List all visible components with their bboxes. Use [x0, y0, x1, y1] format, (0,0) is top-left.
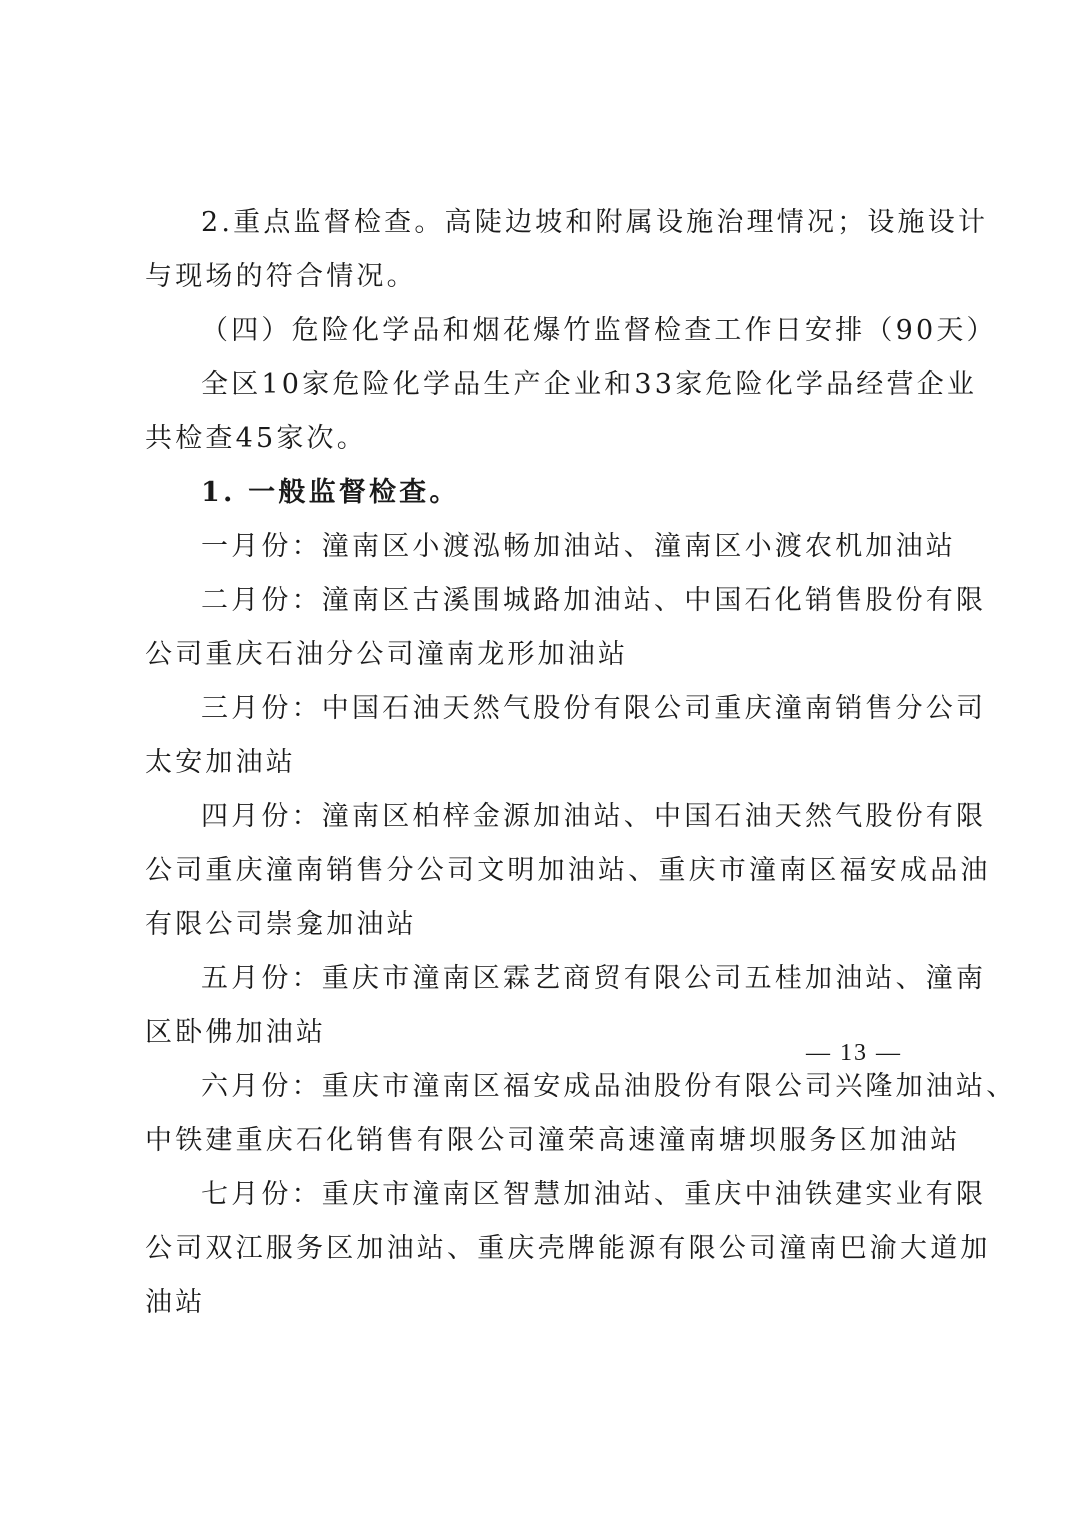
month-july: 七月份：重庆市潼南区智慧加油站、重庆中油铁建实业有限 — [145, 1168, 941, 1222]
month-june: 六月份：重庆市潼南区福安成品油股份有限公司兴隆加油站、 — [145, 1060, 941, 1114]
month-march: 三月份：中国石油天然气股份有限公司重庆潼南销售分公司 — [145, 682, 941, 736]
section-heading-hazardous-chemicals: （四）危险化学品和烟花爆竹监督检查工作日安排（90天） — [145, 304, 941, 358]
paragraph-line: 公司重庆潼南销售分公司文明加油站、重庆市潼南区福安成品油 — [145, 844, 941, 898]
month-may: 五月份：重庆市潼南区霖艺商贸有限公司五桂加油站、潼南 — [145, 952, 941, 1006]
paragraph-line: 公司重庆石油分公司潼南龙形加油站 — [145, 628, 941, 682]
month-april: 四月份：潼南区柏梓金源加油站、中国石油天然气股份有限 — [145, 790, 941, 844]
document-body: 2.重点监督检查。高陡边坡和附属设施治理情况；设施设计 与现场的符合情况。 （四… — [145, 196, 941, 1330]
paragraph-line: 共检查45家次。 — [145, 412, 941, 466]
paragraph-key-inspection: 2.重点监督检查。高陡边坡和附属设施治理情况；设施设计 — [145, 196, 941, 250]
month-february: 二月份：潼南区古溪围城路加油站、中国石化销售股份有限 — [145, 574, 941, 628]
paragraph-line: 油站 — [145, 1276, 941, 1330]
page-number: — 13 — — [806, 1040, 902, 1067]
paragraph-line: 有限公司崇龛加油站 — [145, 898, 941, 952]
month-january: 一月份：潼南区小渡泓畅加油站、潼南区小渡农机加油站 — [145, 520, 941, 574]
subheading-general-inspection: 1. 一般监督检查。 — [145, 466, 941, 520]
paragraph-line: 中铁建重庆石化销售有限公司潼荣高速潼南塘坝服务区加油站 — [145, 1114, 941, 1168]
paragraph-line: 公司双江服务区加油站、重庆壳牌能源有限公司潼南巴渝大道加 — [145, 1222, 941, 1276]
paragraph-line: 太安加油站 — [145, 736, 941, 790]
paragraph-line: 与现场的符合情况。 — [145, 250, 941, 304]
paragraph-enterprise-count: 全区10家危险化学品生产企业和33家危险化学品经营企业 — [145, 358, 941, 412]
